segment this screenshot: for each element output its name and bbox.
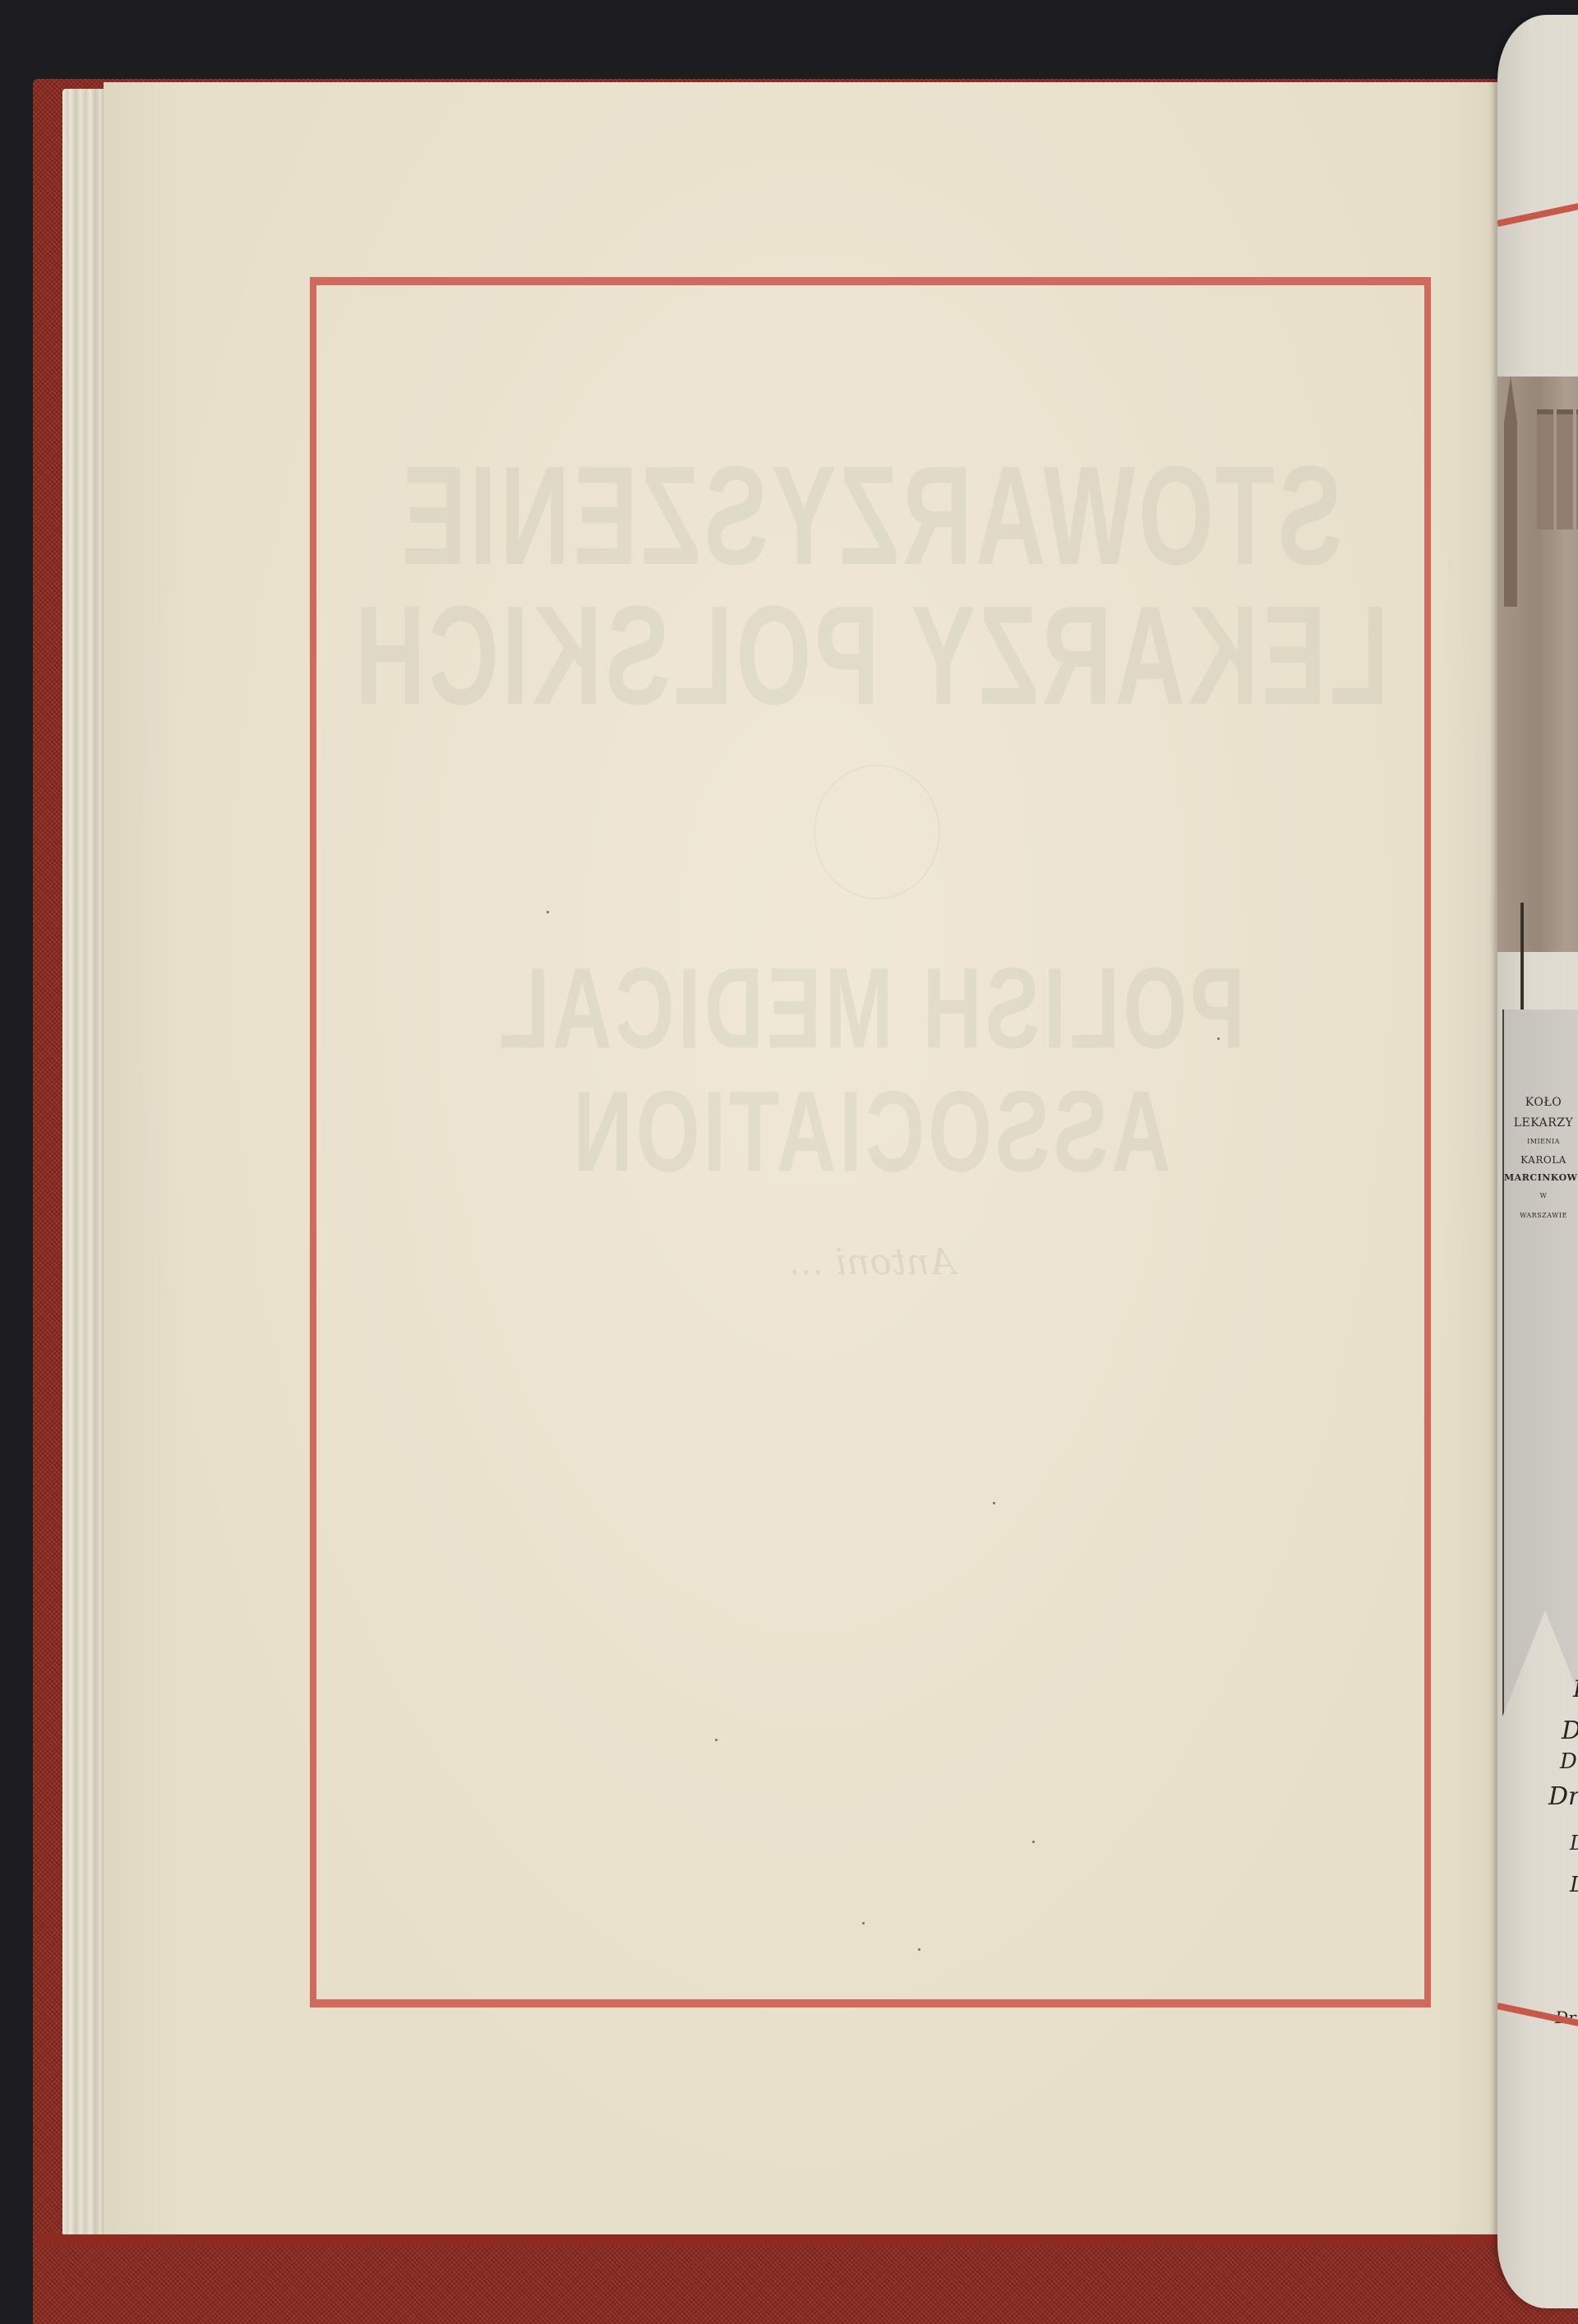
chimney-icon [1537, 409, 1553, 529]
signature: Dr Ru [1560, 1749, 1578, 1774]
dust-speck [918, 1948, 920, 1951]
page-edges [62, 89, 107, 2236]
dust-speck [1217, 1037, 1220, 1040]
signature: Dr W. [1548, 1782, 1578, 1811]
banner-line: LEKARZY [1504, 1116, 1578, 1130]
dust-speck [862, 1922, 865, 1924]
chimney-icon [1557, 409, 1573, 529]
signature: Dr S [1570, 1832, 1578, 1855]
banner-line: WARSZAWIE [1504, 1212, 1578, 1219]
book-cover-bottom-edge [36, 2234, 1499, 2246]
hanging-banner [1502, 1010, 1578, 1716]
dust-speck [1032, 1841, 1035, 1843]
dust-speck [715, 1739, 717, 1741]
red-page-frame [310, 277, 1431, 2008]
banner-line: MARCINKOWSKIEGO [1504, 1172, 1578, 1183]
banner-line: W [1504, 1192, 1578, 1199]
signature: Dr. [1570, 1873, 1578, 1897]
banner-line: IMIENIA [1504, 1138, 1578, 1145]
right-page-red-line-top [1497, 196, 1578, 227]
dust-speck [993, 1502, 995, 1504]
signature: Dr. A. [1573, 1675, 1578, 1703]
signature: Dr. B [1562, 1716, 1578, 1745]
tower-spire-icon [1504, 377, 1517, 607]
banner-line: KAROLA [1504, 1154, 1578, 1166]
dust-speck [547, 911, 549, 913]
banner-line: KOŁO [1504, 1096, 1578, 1109]
right-page-curl: KOŁO LEKARZY IMIENIA KAROLA MARCINKOWSKI… [1497, 15, 1578, 2308]
